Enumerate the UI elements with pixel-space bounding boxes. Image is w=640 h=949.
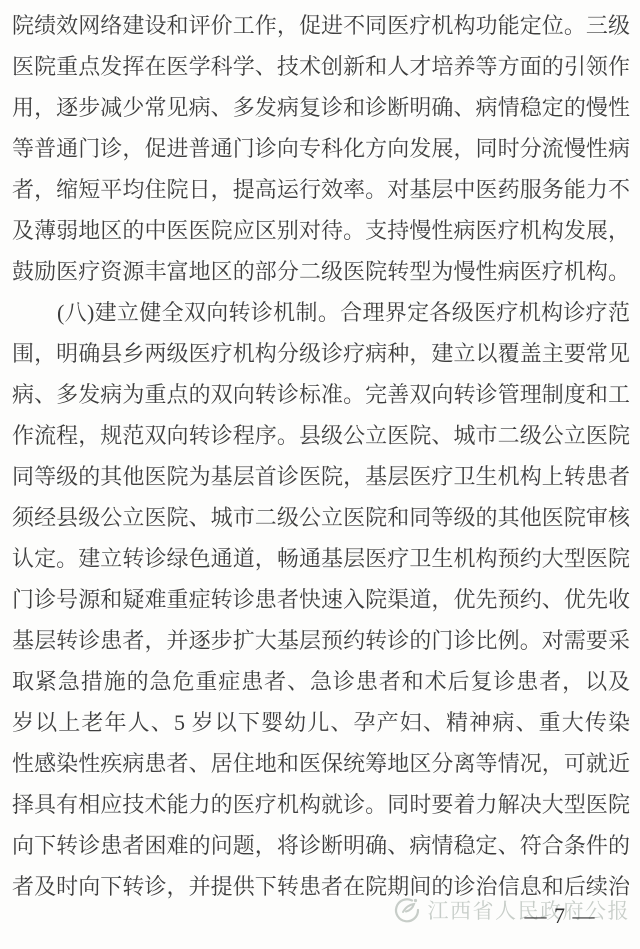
body-text-line: 院绩效网络建设和评价工作，促进不同医疗机构功能定位。三级 [12,5,630,46]
body-text-line: 作流程，规范双向转诊程序。县级公立医院、城市二级公立医院和 [12,415,630,456]
body-text-line: 及薄弱地区的中医医院应区别对待。支持慢性病医疗机构发展， [12,210,630,251]
body-text-line: 鼓励医疗资源丰富地区的部分二级医院转型为慢性病医疗机构。 [12,251,630,292]
body-text-line-paragraph-start: (八)建立健全双向转诊机制。合理界定各级医疗机构诊疗范 [12,292,630,333]
body-text-line: 围，明确县乡两级医疗机构分级诊疗病种，建立以覆盖主要常见 [12,333,630,374]
body-text-line: 门诊号源和疑难重症转诊患者快速入院渠道，优先预约、优先收治 [12,579,630,620]
gazette-logo-icon [391,894,423,926]
body-text-line: 病、多发病为重点的双向转诊标准。完善双向转诊管理制度和工 [12,374,630,415]
page-number: — 7 — [518,903,602,929]
body-text-line: 向下转诊患者困难的问题，将诊断明确、病情稳定、符合条件的患 [12,825,630,866]
body-text-line: 择具有相应技术能力的医疗机构就诊。同时要着力解决大型医院 [12,784,630,825]
body-text-line: 等普通门诊，促进普通门诊向专科化方向发展，同时分流慢性病患 [12,128,630,169]
body-text-line: 认定。建立转诊绿色通道，畅通基层医疗卫生机构预约大型医院 [12,538,630,579]
body-text-line: 性感染性疾病患者、居住地和医保统筹地区分离等情况，可就近选 [12,743,630,784]
body-text-line: 同等级的其他医院为基层首诊医院，基层医疗卫生机构上转患者 [12,456,630,497]
document-body: 院绩效网络建设和评价工作，促进不同医疗机构功能定位。三级 医院重点发挥在医学科学… [12,5,630,907]
body-text-line: 岁以上老年人、5 岁以下婴幼儿、孕产妇、精神病、重大传染病、急 [12,702,630,743]
body-text-line: 基层转诊患者，并逐步扩大基层预约转诊的门诊比例。对需要采 [12,620,630,661]
document-page: 院绩效网络建设和评价工作，促进不同医疗机构功能定位。三级 医院重点发挥在医学科学… [0,0,640,949]
body-text-line: 用，逐步减少常见病、多发病复诊和诊断明确、病情稳定的慢性病 [12,87,630,128]
body-text-line: 医院重点发挥在医学科学、技术创新和人才培养等方面的引领作 [12,46,630,87]
body-text-line: 者，缩短平均住院日，提高运行效率。对基层中医药服务能力不足 [12,169,630,210]
body-text-line: 取紧急措施的急危重症患者、急诊患者和术后复诊患者，以及 65 [12,661,630,702]
body-text-line: 须经县级公立医院、城市二级公立医院和同等级的其他医院审核 [12,497,630,538]
